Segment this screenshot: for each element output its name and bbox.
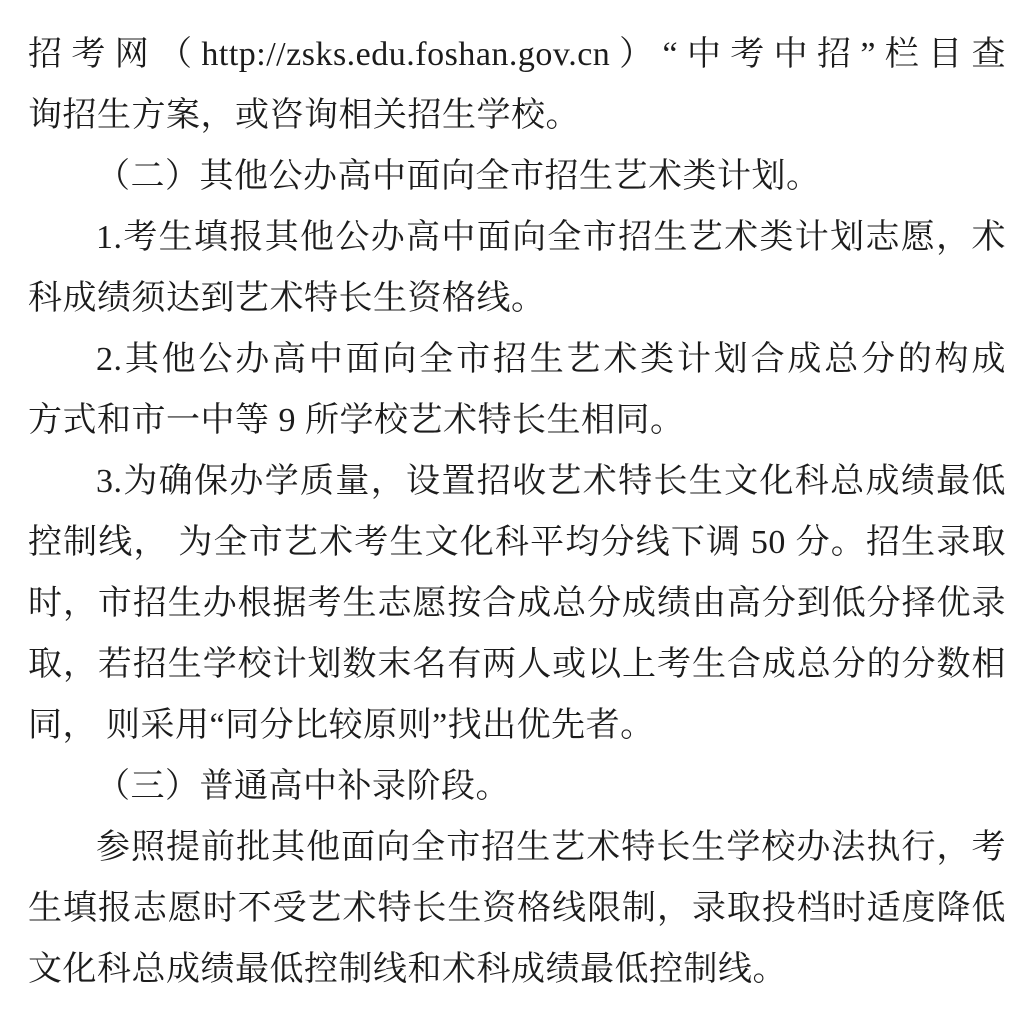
text-line: 方式和市一中等 9 所学校艺术特长生相同。 [28,390,1006,451]
text-line: 询招生方案，或咨询相关招生学校。 [28,85,1006,146]
document-page: 招考网（http://zsks.edu.foshan.gov.cn）“中考中招”… [0,0,1024,1028]
text-line: 时，市招生办根据考生志愿按合成总分成绩由高分到低分择优录 [28,573,1006,634]
document-text-block: 招考网（http://zsks.edu.foshan.gov.cn）“中考中招”… [28,24,1006,1000]
text-line: 2.其他公办高中面向全市招生艺术类计划合成总分的构成 [28,329,1006,390]
text-line: 文化科总成绩最低控制线和术科成绩最低控制线。 [28,939,1006,1000]
text-line: 生填报志愿时不受艺术特长生资格线限制，录取投档时适度降低 [28,878,1006,939]
text-line: 1.考生填报其他公办高中面向全市招生艺术类计划志愿，术 [28,207,1006,268]
text-line: 参照提前批其他面向全市招生艺术特长生学校办法执行，考 [28,817,1006,878]
text-line: 科成绩须达到艺术特长生资格线。 [28,268,1006,329]
text-line: 招考网（http://zsks.edu.foshan.gov.cn）“中考中招”… [28,24,1006,85]
text-line: 取，若招生学校计划数末名有两人或以上考生合成总分的分数相 [28,634,1006,695]
text-line: 同， 则采用“同分比较原则”找出优先者。 [28,695,1006,756]
text-line: （二）其他公办高中面向全市招生艺术类计划。 [28,146,1006,207]
text-line: 3.为确保办学质量，设置招收艺术特长生文化科总成绩最低 [28,451,1006,512]
text-line: （三）普通高中补录阶段。 [28,756,1006,817]
text-line: 控制线， 为全市艺术考生文化科平均分线下调 50 分。招生录取 [28,512,1006,573]
